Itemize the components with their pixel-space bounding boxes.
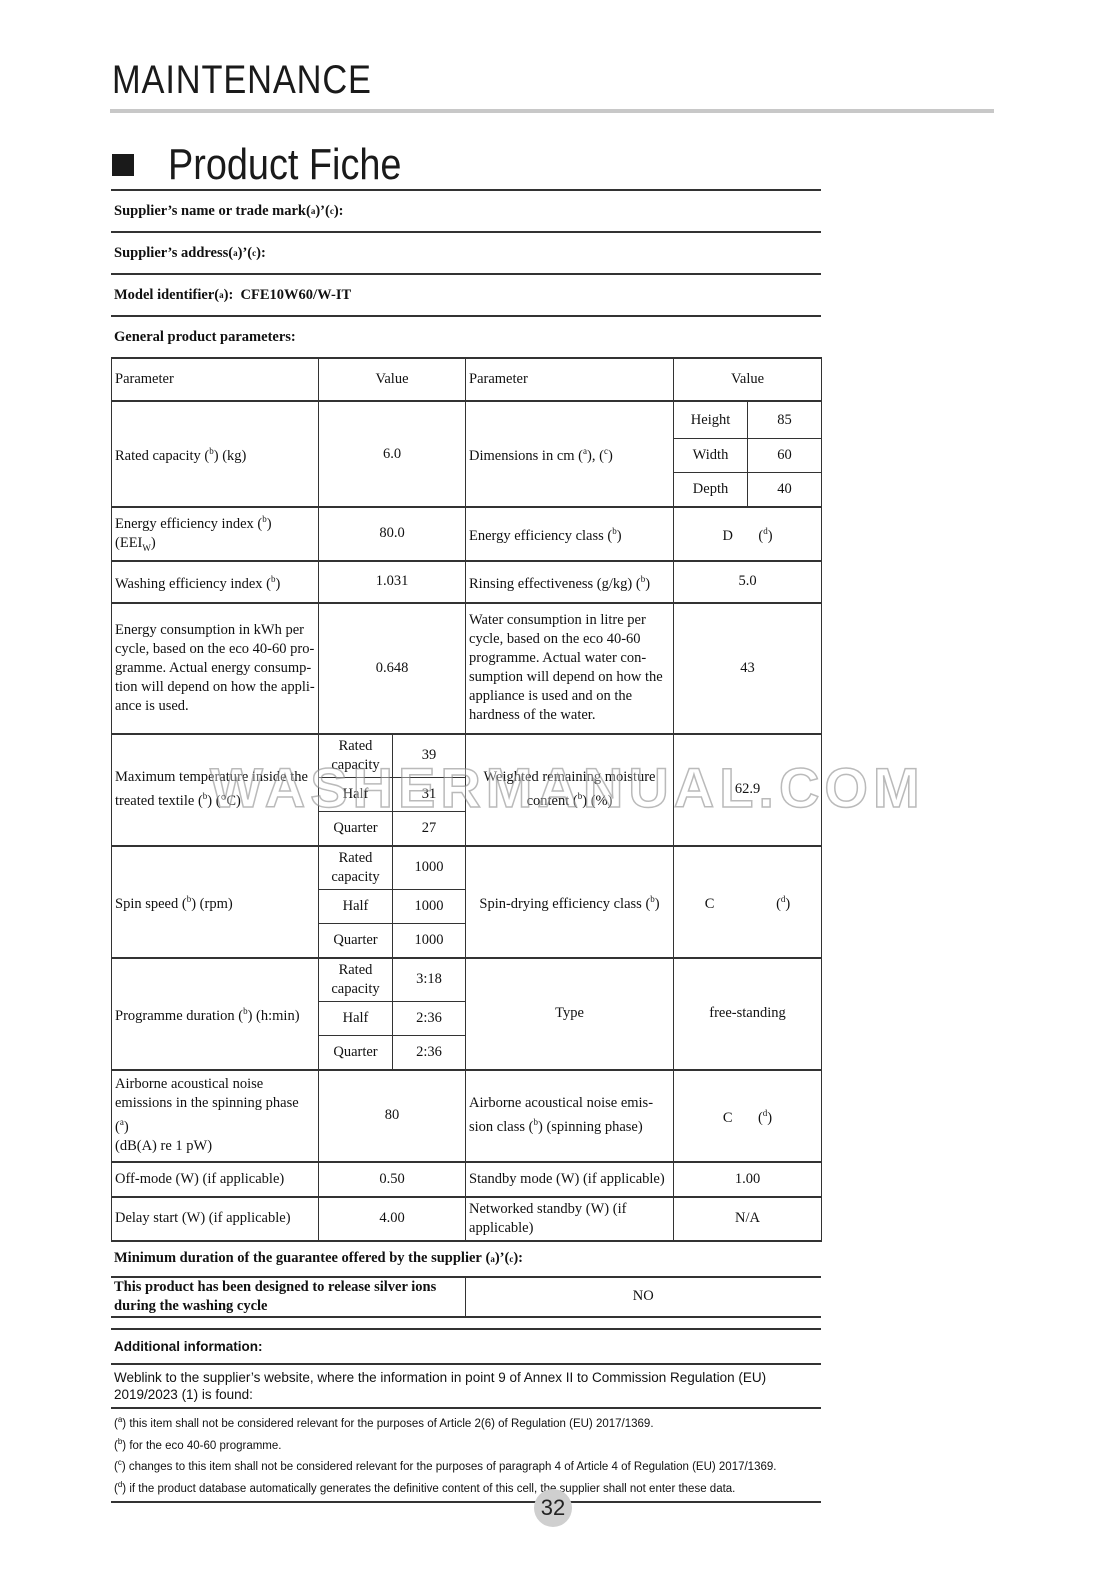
dimension-name: Depth [674, 473, 748, 508]
delay-start-label: Delay start (W) (if applicable) [112, 1197, 319, 1241]
footnote: (c) changes to this item shall not be co… [114, 1455, 818, 1475]
energy-consumption-value: 0.648 [319, 603, 466, 734]
noise-class-label: Airborne acoustical noise emis- sion cla… [466, 1070, 674, 1162]
load-name: Half [319, 777, 393, 811]
column-header: Parameter [466, 358, 674, 401]
spin-speed-value: 1000 [393, 889, 466, 923]
column-header: Value [674, 358, 822, 401]
table-row: Off-mode (W) (if applicable) 0.50 Standb… [112, 1162, 822, 1197]
duration-value: 2:36 [393, 1001, 466, 1035]
energy-class-value: D (d) [674, 507, 822, 561]
noise-value: 80 [319, 1070, 466, 1162]
moisture-label: Weighted remaining moisturecontent (b) (… [466, 734, 674, 846]
silver-ions-label: This product has been designed to releas… [111, 1277, 465, 1317]
silver-ions-value: NO [465, 1277, 821, 1317]
supplier-name-row: Supplier’s name or trade mark(a)’(c): [111, 189, 821, 231]
load-name: Rated capacity [319, 846, 393, 890]
footnote: (a) this item shall not be considered re… [114, 1412, 818, 1432]
spin-class-label: Spin-drying efficiency class (b) [466, 846, 674, 958]
dimension-value: 40 [748, 473, 822, 508]
fiche-heading: Product Fiche [112, 140, 439, 190]
temperature-value: 39 [393, 734, 466, 778]
rinsing-label: Rinsing effectiveness (g/kg) (b) [466, 561, 674, 603]
guarantee-label: Minimum duration of the guarantee offere… [114, 1250, 482, 1267]
table-row: Programme duration (b) (h:min) Rated cap… [112, 958, 822, 1002]
type-value: free-standing [674, 958, 822, 1070]
footnote: (b) for the eco 40-60 programme. [114, 1434, 818, 1454]
table-row: Energy consumption in kWh per cycle, bas… [112, 603, 822, 734]
moisture-value: 62.9 [674, 734, 822, 846]
load-name: Quarter [319, 811, 393, 846]
column-header: Value [319, 358, 466, 401]
footnote-ref: a [311, 206, 316, 216]
energy-class-label: Energy efficiency class (b) [466, 507, 674, 561]
load-name: Quarter [319, 1035, 393, 1070]
general-parameters-heading: General product parameters: [111, 315, 821, 357]
water-consumption-label: Water consumption in litre per cycle, ba… [466, 603, 674, 734]
standby-label: Standby mode (W) (if applicable) [466, 1162, 674, 1197]
footnote: (d) if the product database automaticall… [114, 1477, 818, 1497]
footnote-ref: a [233, 248, 238, 258]
noise-class-value: C (d) [674, 1070, 822, 1162]
off-mode-value: 0.50 [319, 1162, 466, 1197]
footnote-ref: a [219, 290, 224, 300]
supplier-address-row: Supplier’s address(a)’(c): [111, 231, 821, 273]
table-row: Delay start (W) (if applicable) 4.00 Net… [112, 1197, 822, 1241]
section-divider [110, 109, 994, 113]
eei-value: 80.0 [319, 507, 466, 561]
dimension-value: 60 [748, 439, 822, 473]
footnote-ref: c [330, 206, 334, 216]
silver-ions-table: This product has been designed to releas… [111, 1276, 821, 1318]
model-identifier-value: CFE10W60/W-IT [241, 287, 352, 304]
type-label: Type [466, 958, 674, 1070]
temperature-value: 27 [393, 811, 466, 846]
dimension-name: Height [674, 401, 748, 439]
standby-value: 1.00 [674, 1162, 822, 1197]
temperature-value: 31 [393, 777, 466, 811]
spin-speed-value: 1000 [393, 923, 466, 958]
load-name: Rated capacity [319, 958, 393, 1002]
table-row: Spin speed (b) (rpm) Rated capacity 1000… [112, 846, 822, 890]
energy-consumption-label: Energy consumption in kWh per cycle, bas… [112, 603, 319, 734]
max-temperature-label: Maximum temperature inside thetreated te… [112, 734, 319, 846]
page-title: Product Fiche [168, 140, 401, 190]
washing-index-label: Washing efficiency index (b) [112, 561, 319, 603]
supplier-address-label: Supplier’s address [114, 245, 228, 262]
eei-label: Energy efficiency index (b)(EEIW) [112, 507, 319, 561]
footnote-ref: c [252, 248, 256, 258]
supplier-name-label: Supplier’s name or trade mark [114, 203, 306, 220]
off-mode-label: Off-mode (W) (if applicable) [112, 1162, 319, 1197]
table-row: This product has been designed to releas… [111, 1277, 821, 1317]
page-number: 32 [534, 1489, 572, 1527]
general-parameters-label: General product parameters: [114, 329, 296, 346]
table-header-row: Parameter Value Parameter Value [112, 358, 822, 401]
additional-info-heading: Additional information: [111, 1328, 821, 1363]
duration-label: Programme duration (b) (h:min) [112, 958, 319, 1070]
square-bullet-icon [112, 154, 134, 176]
model-identifier-row: Model identifier(a): CFE10W60/W-IT [111, 273, 821, 315]
spin-class-value: C (d) [674, 846, 822, 958]
dimension-value: 85 [748, 401, 822, 439]
guarantee-row: Minimum duration of the guarantee offere… [111, 1242, 821, 1276]
noise-label: Airborne acoustical noise emissions in t… [112, 1070, 319, 1162]
spin-speed-label: Spin speed (b) (rpm) [112, 846, 319, 958]
load-name: Half [319, 1001, 393, 1035]
delay-start-value: 4.00 [319, 1197, 466, 1241]
spin-speed-value: 1000 [393, 846, 466, 890]
load-name: Quarter [319, 923, 393, 958]
networked-standby-label: Networked standby (W) (if applicable) [466, 1197, 674, 1241]
table-row: Washing efficiency index (b) 1.031 Rinsi… [112, 561, 822, 603]
weblink-text: Weblink to the supplier’s website, where… [111, 1363, 821, 1407]
dimensions-label: Dimensions in cm (a), (c) [466, 401, 674, 507]
water-consumption-value: 43 [674, 603, 822, 734]
product-fiche: Supplier’s name or trade mark(a)’(c): Su… [111, 189, 821, 1503]
table-row: Rated capacity (b) (kg) 6.0 Dimensions i… [112, 401, 822, 439]
table-row: Energy efficiency index (b)(EEIW) 80.0 E… [112, 507, 822, 561]
table-row: Airborne acoustical noise emissions in t… [112, 1070, 822, 1162]
model-identifier-label: Model identifier [114, 287, 214, 304]
footnotes: (a) this item shall not be considered re… [111, 1407, 821, 1503]
parameters-table: Parameter Value Parameter Value Rated ca… [111, 357, 822, 1242]
section-title: MAINTENANCE [112, 58, 372, 103]
load-name: Half [319, 889, 393, 923]
washing-index-value: 1.031 [319, 561, 466, 603]
rated-capacity-label: Rated capacity (b) (kg) [112, 401, 319, 507]
networked-standby-value: N/A [674, 1197, 822, 1241]
rated-capacity-value: 6.0 [319, 401, 466, 507]
rinsing-value: 5.0 [674, 561, 822, 603]
load-name: Rated capacity [319, 734, 393, 778]
duration-value: 3:18 [393, 958, 466, 1002]
duration-value: 2:36 [393, 1035, 466, 1070]
table-row: Maximum temperature inside thetreated te… [112, 734, 822, 778]
column-header: Parameter [112, 358, 319, 401]
dimension-name: Width [674, 439, 748, 473]
